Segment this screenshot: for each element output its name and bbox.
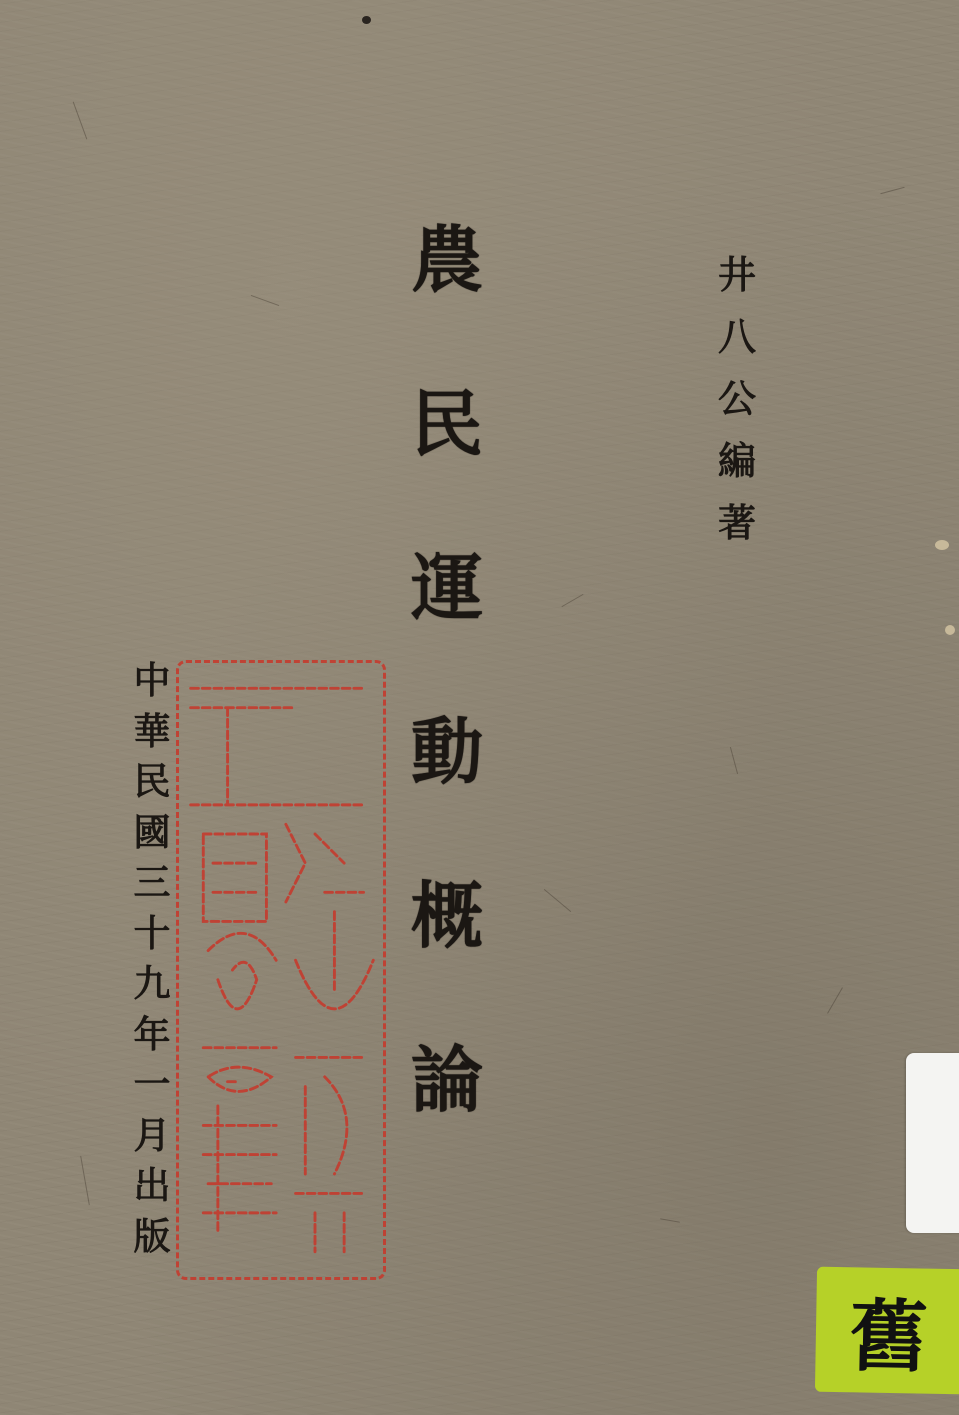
title-char: 論 [411, 1044, 483, 1208]
title-char: 農 [411, 224, 483, 388]
date-char: 國 [134, 814, 171, 865]
author-char: 八 [718, 318, 756, 380]
paper-fiber [660, 1218, 680, 1222]
date-char: 月 [134, 1117, 171, 1168]
title-char: 動 [411, 716, 483, 880]
paper-flaw [935, 540, 949, 550]
date-char: 一 [134, 1066, 171, 1117]
collection-label-text: 舊 [849, 1274, 929, 1387]
author-line: 井 八 公 編 著 [712, 256, 762, 566]
paper-fiber [827, 987, 843, 1013]
date-char: 出 [134, 1167, 171, 1218]
publication-date: 中 華 民 國 三 十 九 年 一 月 出 版 [128, 662, 176, 1268]
seal-script-icon [179, 663, 383, 1277]
paper-fiber [544, 889, 571, 912]
author-char: 公 [718, 380, 756, 442]
date-char: 年 [134, 1016, 171, 1067]
paper-fiber [880, 187, 904, 194]
date-char: 民 [134, 763, 171, 814]
title-char: 概 [411, 880, 483, 1044]
date-char: 版 [134, 1218, 171, 1269]
date-char: 中 [134, 662, 171, 713]
book-title: 農 民 運 動 概 論 [402, 224, 492, 1208]
paper-fiber [730, 747, 738, 774]
book-cover: 農 民 運 動 概 論 井 八 公 編 著 中 華 民 國 三 十 九 年 一 … [0, 0, 959, 1415]
ink-spot [362, 16, 371, 24]
paper-fiber [251, 295, 280, 306]
paper-flaw [945, 625, 955, 635]
author-char: 著 [718, 504, 756, 566]
title-char: 運 [411, 552, 483, 716]
title-char: 民 [411, 388, 483, 552]
white-shelf-label [906, 1053, 959, 1233]
date-char: 十 [134, 915, 171, 966]
author-char: 井 [718, 256, 756, 318]
library-seal-stamp [176, 660, 386, 1280]
paper-fiber [80, 1156, 90, 1205]
paper-fiber [73, 102, 88, 140]
date-char: 九 [134, 965, 171, 1016]
author-char: 編 [718, 442, 756, 504]
date-char: 三 [134, 864, 171, 915]
date-char: 華 [134, 713, 171, 764]
paper-fiber [561, 594, 583, 607]
green-collection-label: 舊 [815, 1267, 959, 1395]
